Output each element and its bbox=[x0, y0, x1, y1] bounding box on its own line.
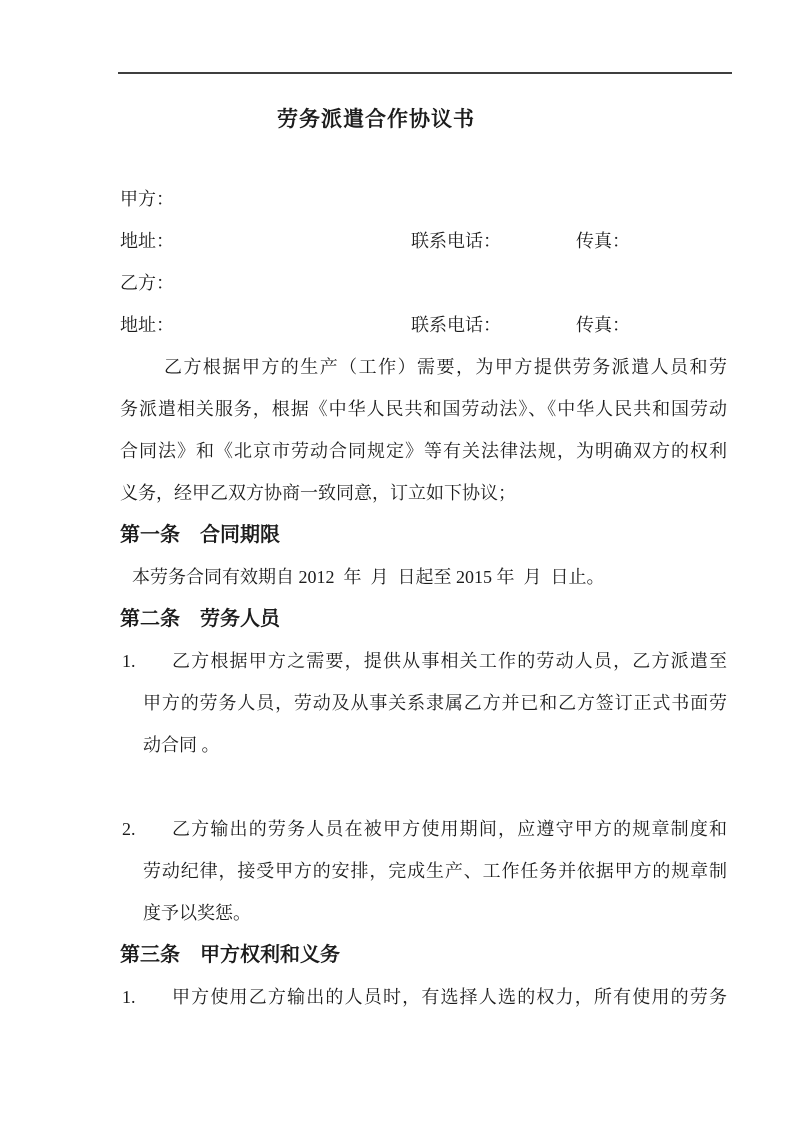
list-line: 度予以奖惩。 bbox=[120, 892, 727, 934]
header-rule bbox=[118, 72, 732, 74]
contract-term-line: 本劳务合同有效期自 2012 年 月 日起至 2015 年 月 日止。 bbox=[120, 556, 727, 598]
list-line: 1.甲方使用乙方输出的人员时，有选择人选的权力，所有使用的劳务 bbox=[120, 976, 727, 1018]
party-row: 甲方： bbox=[120, 178, 727, 220]
party-row: 乙方： bbox=[120, 262, 727, 304]
party-label: 地址： bbox=[120, 231, 174, 251]
document-body: 甲方：地址：联系电话：传真：乙方：地址：联系电话：传真：乙方根据甲方的生产（工作… bbox=[120, 178, 727, 1018]
list-line: 动合同 。 bbox=[120, 724, 727, 766]
list-line: 1.乙方根据甲方之需要，提供从事相关工作的劳动人员，乙方派遣至 bbox=[120, 640, 727, 682]
list-number: 2. bbox=[122, 808, 136, 850]
list-text-line: 乙方输出的劳务人员在被甲方使用期间，应遵守甲方的规章制度和 bbox=[172, 819, 727, 839]
list-number: 1. bbox=[122, 640, 136, 682]
list-line: 甲方的劳务人员，劳动及从事关系隶属乙方并已和乙方签订正式书面劳 bbox=[120, 682, 727, 724]
party-row: 地址：联系电话：传真： bbox=[120, 220, 727, 262]
list-line: 2.乙方输出的劳务人员在被甲方使用期间，应遵守甲方的规章制度和 bbox=[120, 808, 727, 850]
section-heading: 第一条 合同期限 bbox=[120, 514, 727, 556]
list-text-line: 乙方根据甲方之需要，提供从事相关工作的劳动人员，乙方派遣至 bbox=[172, 651, 727, 671]
list-text-line: 劳动纪律，接受甲方的安排，完成生产、工作任务并依据甲方的规章制 bbox=[143, 861, 727, 881]
party-label: 地址： bbox=[120, 315, 174, 335]
list-text-line: 甲方的劳务人员，劳动及从事关系隶属乙方并已和乙方签订正式书面劳 bbox=[143, 693, 727, 713]
fax-label: 传真： bbox=[576, 220, 630, 262]
party-row: 地址：联系电话：传真： bbox=[120, 304, 727, 346]
page: 劳务派遣合作协议书 甲方：地址：联系电话：传真：乙方：地址：联系电话：传真：乙方… bbox=[0, 0, 794, 1123]
list-text-line: 动合同 。 bbox=[143, 735, 220, 755]
document-title: 劳务派遣合作协议书 bbox=[0, 101, 752, 137]
list-line: 劳动纪律，接受甲方的安排，完成生产、工作任务并依据甲方的规章制 bbox=[120, 850, 727, 892]
fax-label: 传真： bbox=[576, 304, 630, 346]
list-text-line: 度予以奖惩。 bbox=[143, 903, 251, 923]
list-number: 1. bbox=[122, 976, 136, 1018]
party-label: 甲方： bbox=[120, 189, 174, 209]
list-text-line: 甲方使用乙方输出的人员时，有选择人选的权力，所有使用的劳务 bbox=[172, 987, 727, 1007]
paragraph-line: 乙方根据甲方的生产（工作）需要，为甲方提供劳务派遣人员和劳 bbox=[120, 346, 727, 388]
party-label: 乙方： bbox=[120, 273, 174, 293]
paragraph-line: 务派遣相关服务，根据《中华人民共和国劳动法》、《中华人民共和国劳动 bbox=[120, 388, 727, 430]
paragraph-line: 义务，经甲乙双方协商一致同意，订立如下协议； bbox=[120, 472, 727, 514]
contact-phone-label: 联系电话： bbox=[411, 220, 501, 262]
contact-phone-label: 联系电话： bbox=[411, 304, 501, 346]
section-heading: 第二条 劳务人员 bbox=[120, 598, 727, 640]
paragraph-line: 合同法》和《北京市劳动合同规定》等有关法律法规，为明确双方的权利 bbox=[120, 430, 727, 472]
blank-line bbox=[120, 766, 727, 808]
section-heading: 第三条 甲方权利和义务 bbox=[120, 934, 727, 976]
